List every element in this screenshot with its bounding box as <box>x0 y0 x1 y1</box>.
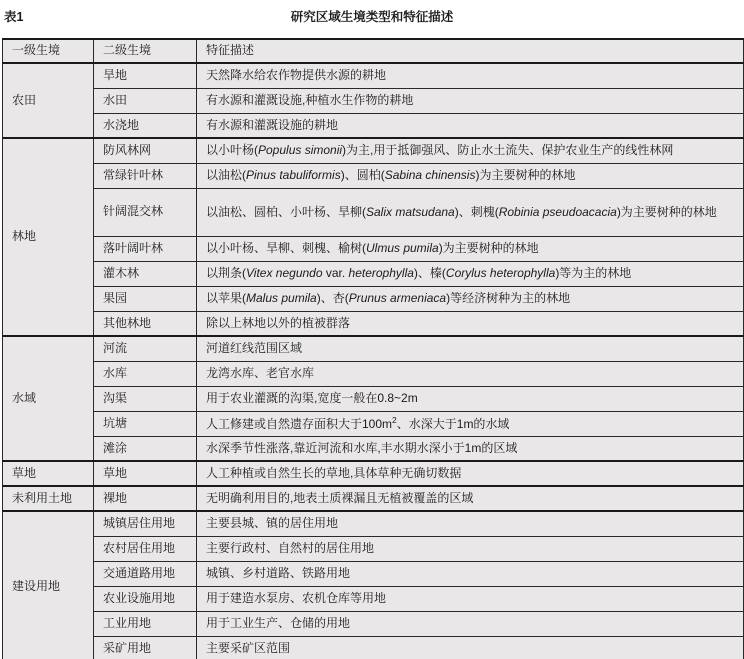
table-row: 未利用土地裸地无明确利用目的,地表土质裸漏且无植被覆盖的区域 <box>3 486 744 511</box>
level2-habitat-cell: 落叶阔叶林 <box>94 236 197 261</box>
description-cell: 以小叶杨(Populus simonii)为主,用于抵御强风、防止水土流失、保护… <box>197 138 744 163</box>
description-cell: 有水源和灌溉设施的耕地 <box>197 113 744 138</box>
description-cell: 主要采矿区范围 <box>197 636 744 659</box>
level2-habitat-cell: 采矿用地 <box>94 636 197 659</box>
header-row: 一级生境 二级生境 特征描述 <box>3 39 744 63</box>
level1-habitat-cell: 未利用土地 <box>3 486 94 511</box>
description-cell: 主要县城、镇的居住用地 <box>197 511 744 536</box>
table-row: 草地草地人工种植或自然生长的草地,具体草种无确切数据 <box>3 461 744 486</box>
description-cell: 河道红线范围区域 <box>197 336 744 361</box>
level2-habitat-cell: 农业设施用地 <box>94 586 197 611</box>
level2-habitat-cell: 裸地 <box>94 486 197 511</box>
habitat-table: 一级生境 二级生境 特征描述 农田旱地天然降水给农作物提供水源的耕地水田有水源和… <box>2 38 744 659</box>
description-cell: 水深季节性涨落,靠近河流和水库,丰水期水深小于1m的区域 <box>197 436 744 461</box>
description-cell: 以油松(Pinus tabuliformis)、圆柏(Sabina chinen… <box>197 163 744 188</box>
description-cell: 天然降水给农作物提供水源的耕地 <box>197 63 744 88</box>
level2-habitat-cell: 城镇居住用地 <box>94 511 197 536</box>
level2-habitat-cell: 针阔混交林 <box>94 188 197 236</box>
table-row: 农业设施用地用于建造水泵房、农机仓库等用地 <box>3 586 744 611</box>
level2-habitat-cell: 其他林地 <box>94 311 197 336</box>
table-row: 农村居住用地主要行政村、自然村的居住用地 <box>3 536 744 561</box>
description-cell: 有水源和灌溉设施,种植水生作物的耕地 <box>197 88 744 113</box>
level1-habitat-cell: 农田 <box>3 63 94 138</box>
col-header-level2: 二级生境 <box>94 39 197 63</box>
description-cell: 以小叶杨、旱柳、刺槐、榆树(Ulmus pumila)为主要树种的林地 <box>197 236 744 261</box>
level2-habitat-cell: 旱地 <box>94 63 197 88</box>
table-row: 沟渠用于农业灌溉的沟渠,宽度一般在0.8~2m <box>3 386 744 411</box>
description-cell: 以油松、圆柏、小叶杨、旱柳(Salix matsudana)、刺槐(Robini… <box>197 188 744 236</box>
level1-habitat-cell: 水域 <box>3 336 94 461</box>
level2-habitat-cell: 水库 <box>94 361 197 386</box>
level2-habitat-cell: 果园 <box>94 286 197 311</box>
level2-habitat-cell: 交通道路用地 <box>94 561 197 586</box>
level2-habitat-cell: 农村居住用地 <box>94 536 197 561</box>
table-row: 水库龙湾水库、老官水库 <box>3 361 744 386</box>
description-cell: 除以上林地以外的植被群落 <box>197 311 744 336</box>
description-cell: 龙湾水库、老官水库 <box>197 361 744 386</box>
table-caption: 表1 研究区域生境类型和特征描述 <box>0 0 744 38</box>
description-cell: 以荆条(Vitex negundo var. heterophylla)、榛(C… <box>197 261 744 286</box>
description-cell: 无明确利用目的,地表土质裸漏且无植被覆盖的区域 <box>197 486 744 511</box>
level1-habitat-cell: 林地 <box>3 138 94 336</box>
level1-habitat-cell: 建设用地 <box>3 511 94 659</box>
level2-habitat-cell: 滩涂 <box>94 436 197 461</box>
level2-habitat-cell: 草地 <box>94 461 197 486</box>
level2-habitat-cell: 灌木林 <box>94 261 197 286</box>
table-row: 灌木林以荆条(Vitex negundo var. heterophylla)、… <box>3 261 744 286</box>
level1-habitat-cell: 草地 <box>3 461 94 486</box>
table-row: 水田有水源和灌溉设施,种植水生作物的耕地 <box>3 88 744 113</box>
table-row: 交通道路用地城镇、乡村道路、铁路用地 <box>3 561 744 586</box>
description-cell: 用于建造水泵房、农机仓库等用地 <box>197 586 744 611</box>
table-body: 农田旱地天然降水给农作物提供水源的耕地水田有水源和灌溉设施,种植水生作物的耕地水… <box>3 63 744 659</box>
table-row: 水浇地有水源和灌溉设施的耕地 <box>3 113 744 138</box>
table-title: 研究区域生境类型和特征描述 <box>0 0 744 25</box>
level2-habitat-cell: 河流 <box>94 336 197 361</box>
col-header-description: 特征描述 <box>197 39 744 63</box>
table-row: 采矿用地主要采矿区范围 <box>3 636 744 659</box>
table-row: 果园以苹果(Malus pumila)、杏(Prunus armeniaca)等… <box>3 286 744 311</box>
table-row: 落叶阔叶林以小叶杨、旱柳、刺槐、榆树(Ulmus pumila)为主要树种的林地 <box>3 236 744 261</box>
description-cell: 人工修建或自然遗存面积大于100m2、水深大于1m的水域 <box>197 411 744 436</box>
level2-habitat-cell: 常绿针叶林 <box>94 163 197 188</box>
description-cell: 用于农业灌溉的沟渠,宽度一般在0.8~2m <box>197 386 744 411</box>
table-row: 滩涂水深季节性涨落,靠近河流和水库,丰水期水深小于1m的区域 <box>3 436 744 461</box>
table-row: 工业用地用于工业生产、仓储的用地 <box>3 611 744 636</box>
level2-habitat-cell: 工业用地 <box>94 611 197 636</box>
level2-habitat-cell: 坑塘 <box>94 411 197 436</box>
level2-habitat-cell: 防风林网 <box>94 138 197 163</box>
col-header-level1: 一级生境 <box>3 39 94 63</box>
table-row: 其他林地除以上林地以外的植被群落 <box>3 311 744 336</box>
table-row: 常绿针叶林以油松(Pinus tabuliformis)、圆柏(Sabina c… <box>3 163 744 188</box>
level2-habitat-cell: 水田 <box>94 88 197 113</box>
level2-habitat-cell: 沟渠 <box>94 386 197 411</box>
description-cell: 用于工业生产、仓储的用地 <box>197 611 744 636</box>
description-cell: 主要行政村、自然村的居住用地 <box>197 536 744 561</box>
description-cell: 以苹果(Malus pumila)、杏(Prunus armeniaca)等经济… <box>197 286 744 311</box>
description-cell: 城镇、乡村道路、铁路用地 <box>197 561 744 586</box>
table-row: 针阔混交林以油松、圆柏、小叶杨、旱柳(Salix matsudana)、刺槐(R… <box>3 188 744 236</box>
table-number: 表1 <box>4 7 23 25</box>
table-row: 建设用地城镇居住用地主要县城、镇的居住用地 <box>3 511 744 536</box>
table-row: 农田旱地天然降水给农作物提供水源的耕地 <box>3 63 744 88</box>
level2-habitat-cell: 水浇地 <box>94 113 197 138</box>
table-row: 林地防风林网以小叶杨(Populus simonii)为主,用于抵御强风、防止水… <box>3 138 744 163</box>
table-row: 水域河流河道红线范围区域 <box>3 336 744 361</box>
table-row: 坑塘人工修建或自然遗存面积大于100m2、水深大于1m的水域 <box>3 411 744 436</box>
description-cell: 人工种植或自然生长的草地,具体草种无确切数据 <box>197 461 744 486</box>
